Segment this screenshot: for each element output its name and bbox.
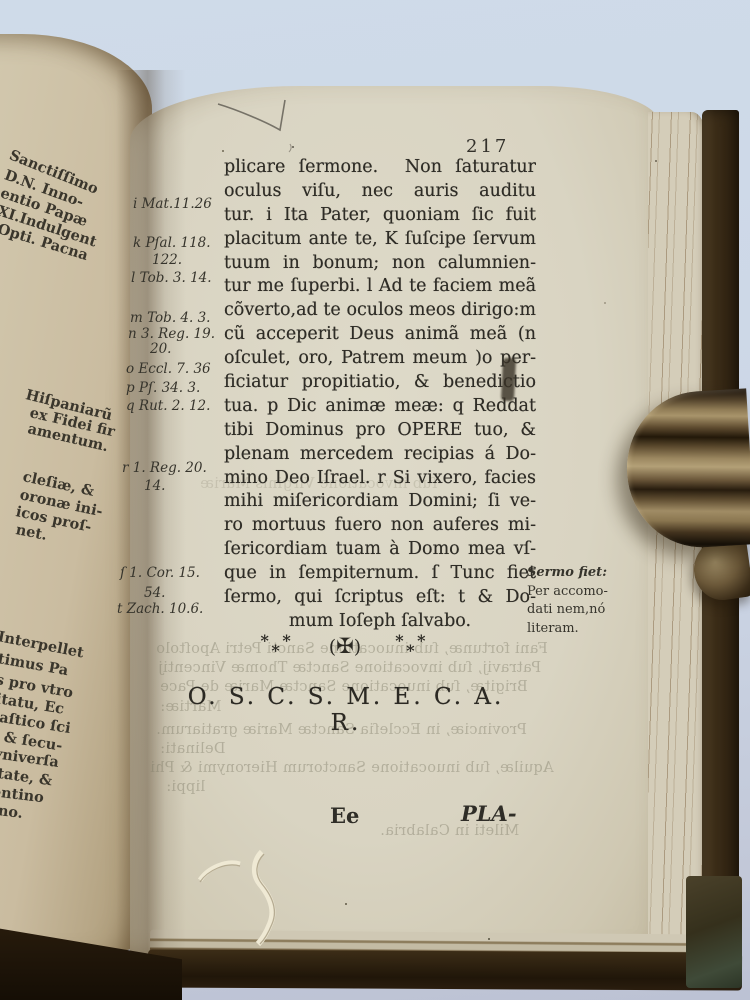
margin-reference-note: q Rut. 2. 12.	[126, 398, 210, 414]
paren-close: )	[354, 636, 361, 658]
margin-reference-note: l Tob. 3. 14.	[131, 270, 212, 286]
paper-crease	[192, 846, 324, 954]
asterisk-cluster-right: * * *	[395, 636, 429, 656]
text-line: tur. i Ita Pater, quoniam ſic fuit	[224, 204, 536, 228]
text-line: ro mortuus fuero non auferes mi-	[224, 514, 536, 538]
text-line: mihi miſericordiam Domini; ſi ve-	[224, 490, 536, 514]
text-line: tibi Dominus pro OPERE tuo, &	[224, 419, 536, 443]
text-line: plenam mercedem recipias á Do-	[224, 443, 536, 467]
margin-reference-note: n 3. Reg. 19.	[128, 326, 215, 342]
text-line: placitum ante te, K ſuſcipe ſervum	[224, 228, 536, 252]
asterisk-cluster-left: * * *	[260, 636, 294, 656]
margin-reference-note: t Zach. 10.6.	[117, 601, 203, 617]
margin-reference-note: o Eccl. 7. 36	[126, 361, 211, 377]
pencil-mark	[216, 92, 300, 156]
margin-reference-note: p Pſ. 34. 3.	[126, 380, 200, 396]
signature-mark: Ee	[330, 803, 359, 828]
bleedthrough-text: Aquilæ, ſub inuocatione Sanctorum Hieron…	[150, 760, 554, 776]
catchword: PLA-	[461, 801, 517, 826]
side-annotation-line: Sermo fiet:	[527, 564, 635, 583]
book-photograph: Sanctiſſimo D.N. Inno- entio Papæ XI.Ind…	[0, 0, 750, 1000]
text-line: ſericordiam tuam à Domo mea vſ-	[224, 538, 536, 562]
margin-reference-note: m Tob. 4. 3.	[130, 310, 210, 326]
text-line: oculus viſu, nec auris auditu imple-	[224, 180, 536, 204]
margin-reference-note: 54.	[144, 585, 165, 601]
text-line: tur me ſuperbi. l Ad te faciem meã	[224, 275, 536, 299]
asterisk-glyph: *	[406, 646, 418, 656]
side-annotation-line: dati nem,nó	[527, 601, 635, 620]
side-annotation-line: Per accomo-	[527, 583, 635, 602]
main-text-block: plicare ſermone. Non ſaturatur oculus vi…	[224, 156, 536, 634]
text-line: cũ acceperit Deus animã meã (n	[224, 323, 536, 347]
bottom-right-board-corner	[686, 876, 742, 988]
margin-reference-note: 14.	[144, 478, 165, 494]
ink-smudge	[501, 358, 516, 402]
text-line: tuum in bonum; non calumnien-	[224, 252, 536, 276]
text-line: cõverto,ad te oculos meos dirigo:m	[224, 299, 536, 323]
margin-reference-note: 122.	[152, 252, 182, 268]
text-line: tua. p Dic animæ meæ: q Reddat	[224, 395, 536, 419]
bleedthrough-text: Delinati:	[160, 741, 226, 757]
side-annotation: Sermo fiet: Per accomo- dati nem,nó lite…	[527, 564, 635, 638]
bleedthrough-text: Patravij, ſub invocatione Sanctæ Thomæ V…	[158, 660, 541, 676]
text-line: que in ſempiternum. ſ Tunc fiet	[224, 562, 536, 586]
initials-line: O. S. C. S. M. E. C. A. R.	[168, 684, 524, 736]
side-annotation-line: literam.	[527, 620, 635, 639]
facing-page-text-fragment: no.	[0, 802, 24, 822]
margin-reference-note: i Mat.11.26	[133, 196, 212, 212]
cross-icon: ✠	[336, 634, 354, 658]
margin-reference-note: r 1. Reg. 20.	[122, 460, 207, 476]
margin-reference-note: ſ 1. Cor. 15.	[120, 565, 200, 581]
page-number: 217	[466, 136, 509, 157]
bleedthrough-text: lippi:	[166, 779, 205, 795]
text-line: mino Deo Iſrael. r Si vixero, facies	[224, 467, 536, 491]
asterisk-glyph: *	[271, 646, 283, 656]
margin-reference-note: 20.	[150, 341, 171, 357]
text-line: plicare ſermone. Non ſaturatur	[224, 156, 536, 180]
maltese-cross-ornament: (✠)	[329, 634, 361, 658]
text-line: oſculet, oro, Patrem meum )o per-	[224, 347, 536, 371]
paper-specks	[0, 0, 2, 2]
text-line: ſermo, qui ſcriptus eſt: t & Do-	[224, 586, 536, 610]
bottom-cover-board	[148, 949, 742, 990]
margin-reference-note: k Pſal. 118.	[133, 235, 211, 251]
text-line: ficiatur propitiatio, & benedictio	[224, 371, 536, 395]
ornament-row: * * * (✠) * * *	[170, 634, 520, 658]
